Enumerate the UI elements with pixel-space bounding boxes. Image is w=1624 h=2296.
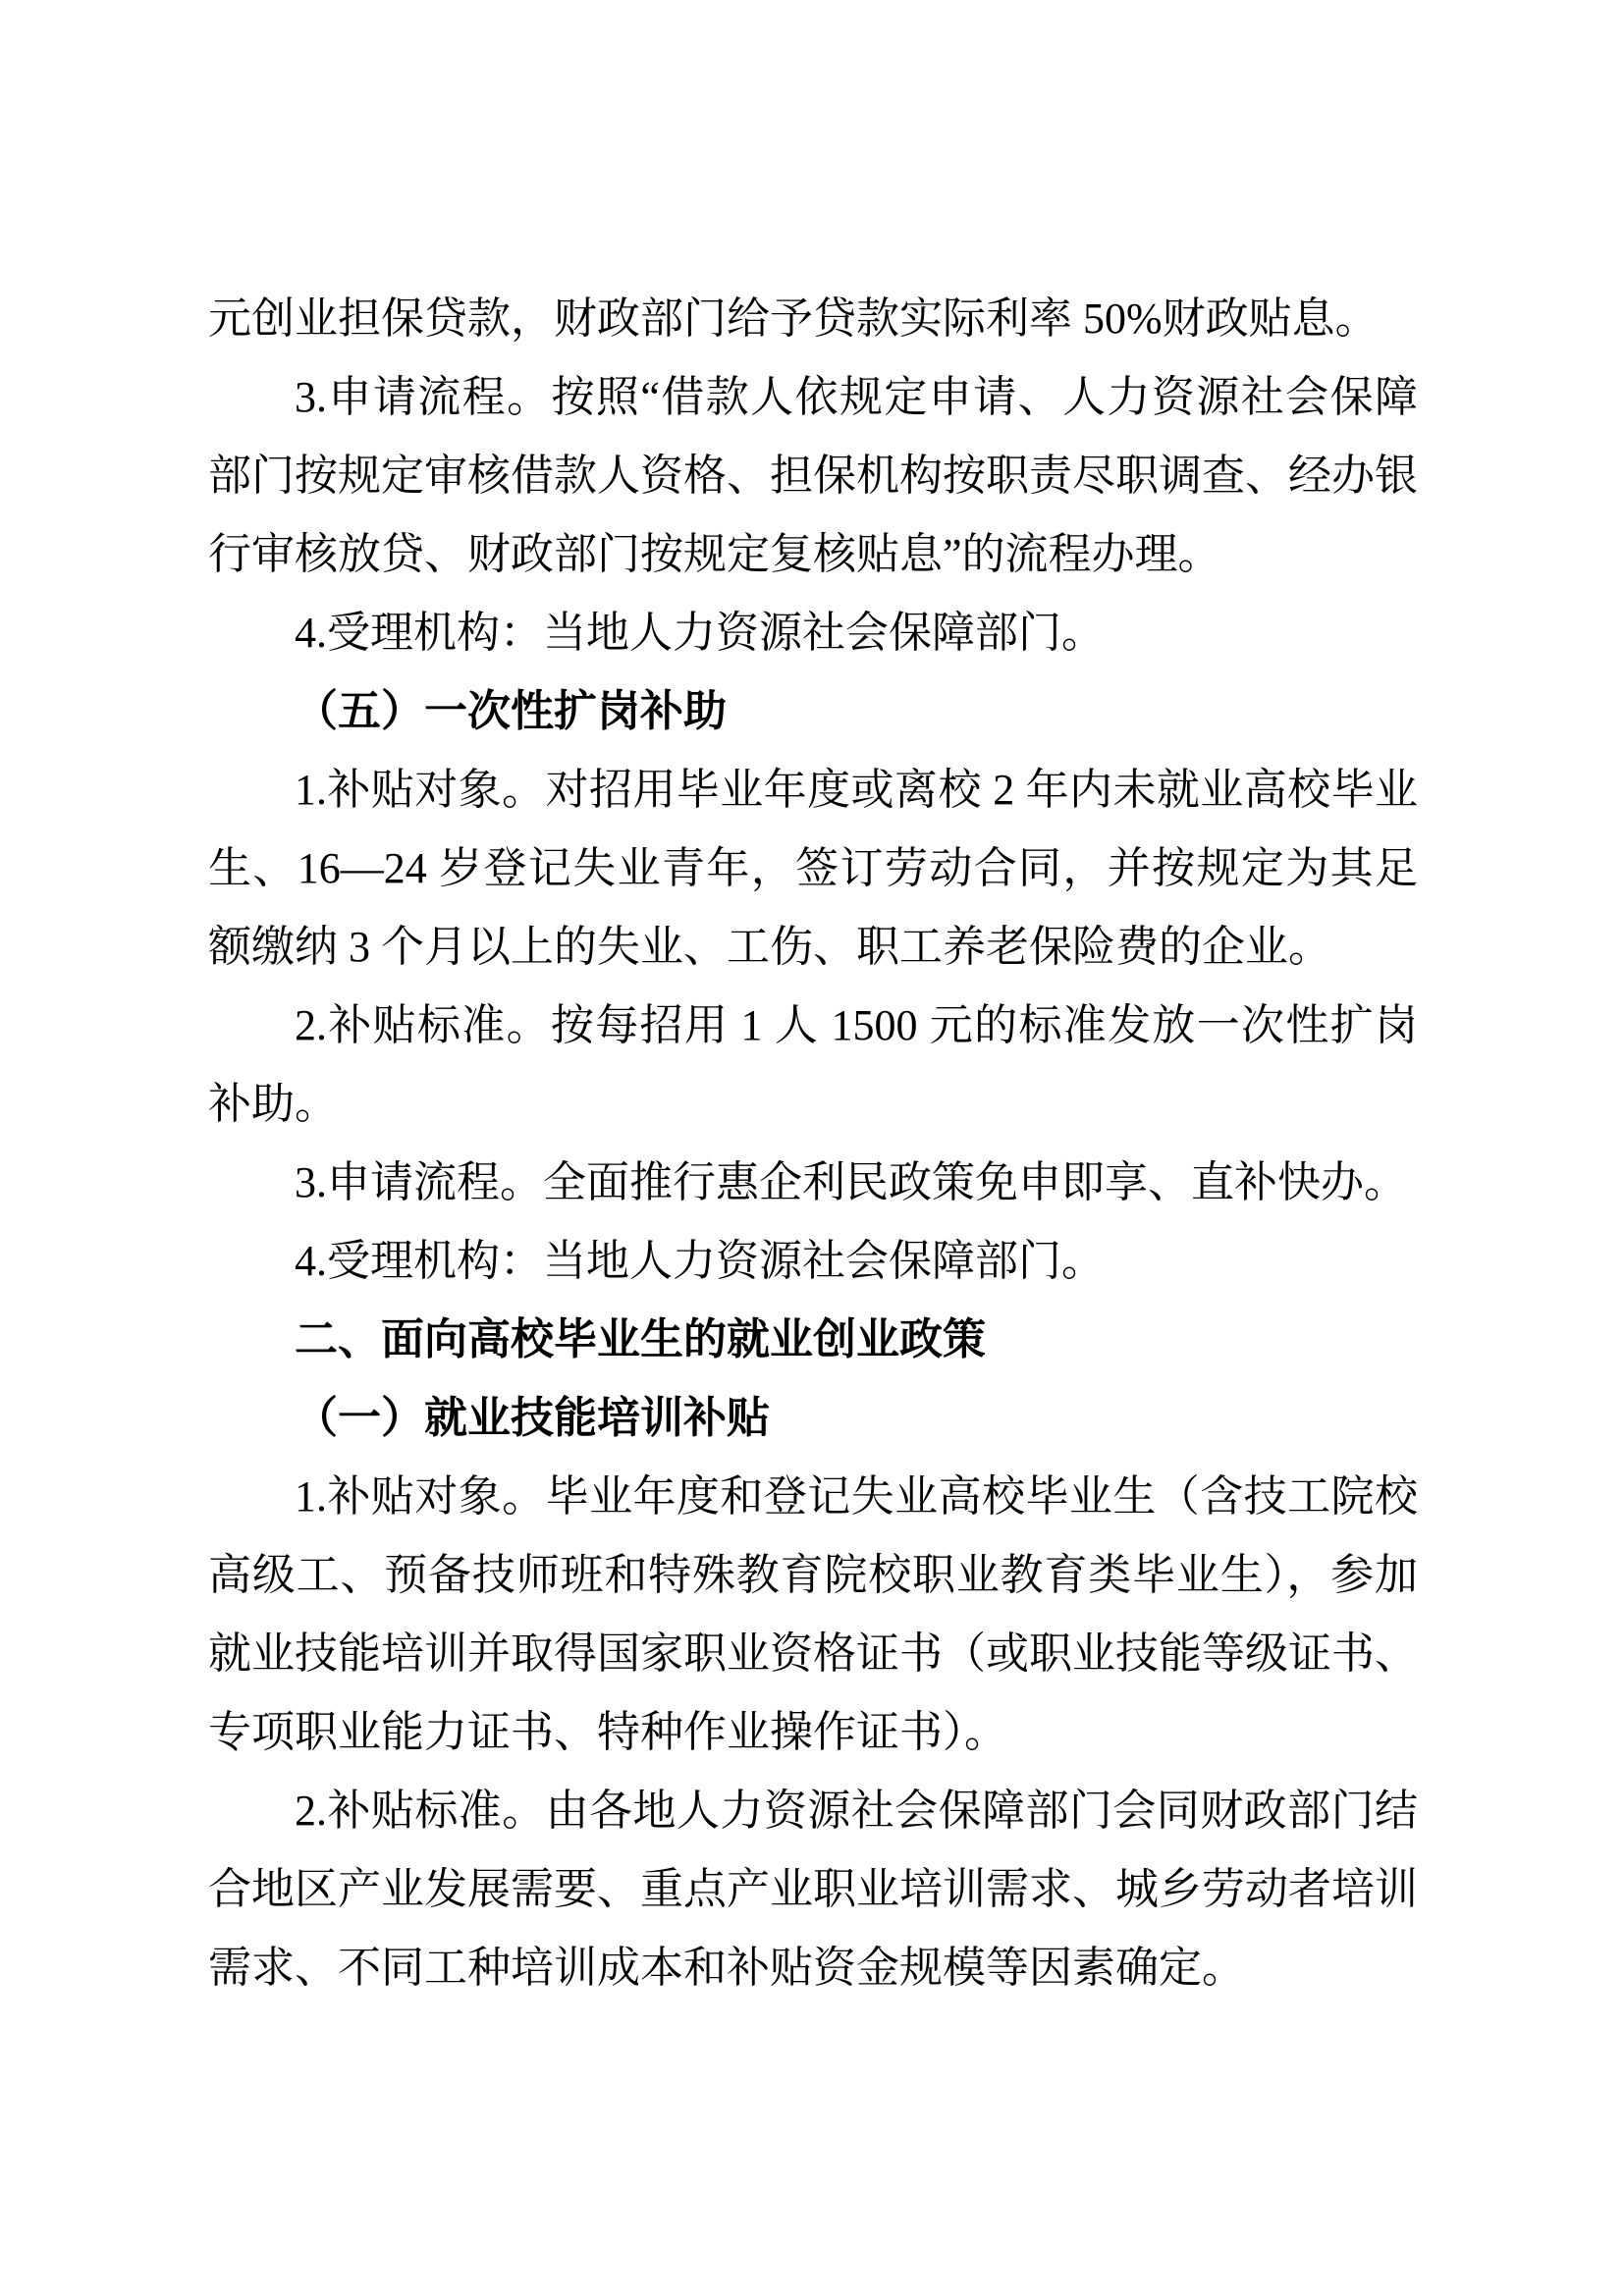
para-accepting-authority-loan: 4.受理机构：当地人力资源社会保障部门。 — [208, 594, 1418, 672]
document-page: 元创业担保贷款，财政部门给予贷款实际利率 50%财政贴息。3.申请流程。按照“借… — [0, 0, 1624, 2296]
para-subsidy-target-expansion: 1.补贴对象。对招用毕业年度或离校 2 年内未就业高校毕业生、16—24 岁登记… — [208, 751, 1418, 987]
heading-chapter-two-graduate-policies: 二、面向高校毕业生的就业创业政策 — [208, 1301, 1418, 1379]
para-subsidy-standard-training: 2.补贴标准。由各地人力资源社会保障部门会同财政部门结合地区产业发展需要、重点产… — [208, 1772, 1418, 2007]
para-loan-interest-subsidy-continuation: 元创业担保贷款，财政部门给予贷款实际利率 50%财政贴息。 — [208, 280, 1418, 358]
para-application-process-loan: 3.申请流程。按照“借款人依规定申请、人力资源社会保障部门按规定审核借款人资格、… — [208, 358, 1418, 594]
para-subsidy-target-training: 1.补贴对象。毕业年度和登记失业高校毕业生（含技工院校高级工、预备技师班和特殊教… — [208, 1458, 1418, 1772]
para-application-process-expansion: 3.申请流程。全面推行惠企利民政策免申即享、直补快办。 — [208, 1144, 1418, 1222]
document-body: 元创业担保贷款，财政部门给予贷款实际利率 50%财政贴息。3.申请流程。按照“借… — [208, 280, 1418, 2007]
heading-section-five-expansion-subsidy: （五）一次性扩岗补助 — [208, 672, 1418, 751]
para-accepting-authority-expansion: 4.受理机构：当地人力资源社会保障部门。 — [208, 1222, 1418, 1301]
heading-section-one-training-subsidy: （一）就业技能培训补贴 — [208, 1379, 1418, 1458]
para-subsidy-standard-expansion: 2.补贴标准。按每招用 1 人 1500 元的标准发放一次性扩岗补助。 — [208, 987, 1418, 1144]
